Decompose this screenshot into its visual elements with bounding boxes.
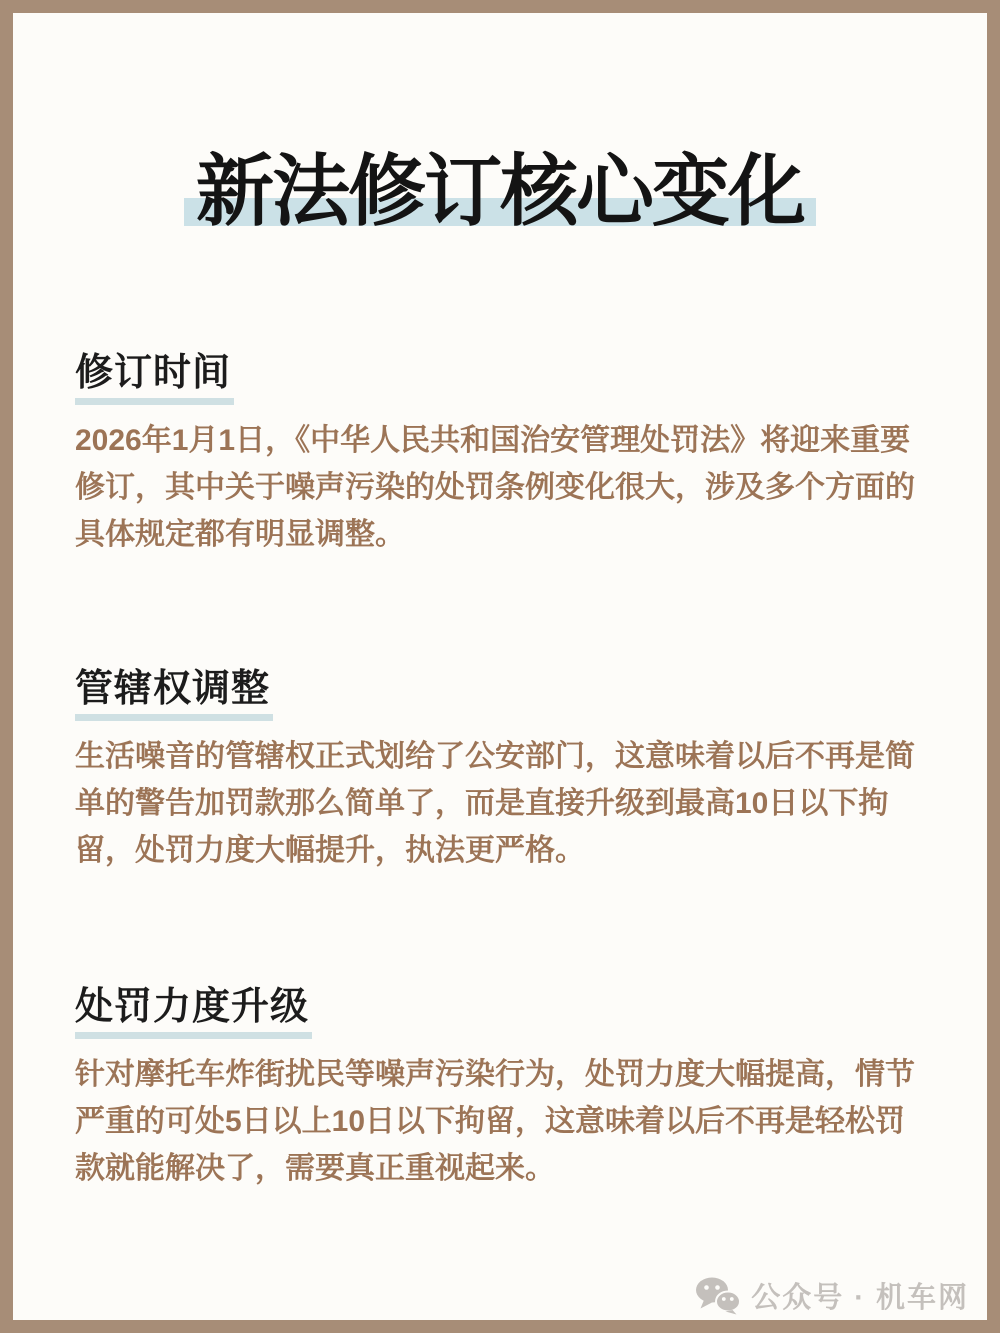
- wechat-icon: [695, 1277, 741, 1315]
- poster-canvas: 新法修订核心变化 修订时间 2026年1月1日，《中华人民共和国治安管理处罚法》…: [13, 13, 987, 1320]
- watermark: 公众号 · 机车网: [695, 1275, 969, 1316]
- section-heading-jurisdiction-adjustment: 管辖权调整: [75, 667, 273, 721]
- section-punishment-upgrade: 处罚力度升级 针对摩托车炸街扰民等噪声污染行为，处罚力度大幅提高，情节严重的可处…: [75, 985, 920, 1192]
- page-title: 新法修订核心变化: [13, 153, 987, 231]
- section-revision-time: 修订时间 2026年1月1日，《中华人民共和国治安管理处罚法》将迎来重要修订，其…: [75, 351, 920, 558]
- section-jurisdiction-adjustment: 管辖权调整 生活噪音的管辖权正式划给了公安部门，这意味着以后不再是简单的警告加罚…: [75, 667, 920, 874]
- section-body-revision-time: 2026年1月1日，《中华人民共和国治安管理处罚法》将迎来重要修订，其中关于噪声…: [75, 417, 920, 558]
- watermark-text: 公众号 · 机车网: [751, 1275, 969, 1316]
- section-body-punishment-upgrade: 针对摩托车炸街扰民等噪声污染行为，处罚力度大幅提高，情节严重的可处5日以上10日…: [75, 1051, 920, 1192]
- section-heading-revision-time: 修订时间: [75, 351, 234, 405]
- poster-frame: 新法修订核心变化 修订时间 2026年1月1日，《中华人民共和国治安管理处罚法》…: [0, 0, 1000, 1333]
- section-body-jurisdiction-adjustment: 生活噪音的管辖权正式划给了公安部门，这意味着以后不再是简单的警告加罚款那么简单了…: [75, 733, 920, 874]
- section-heading-punishment-upgrade: 处罚力度升级: [75, 985, 312, 1039]
